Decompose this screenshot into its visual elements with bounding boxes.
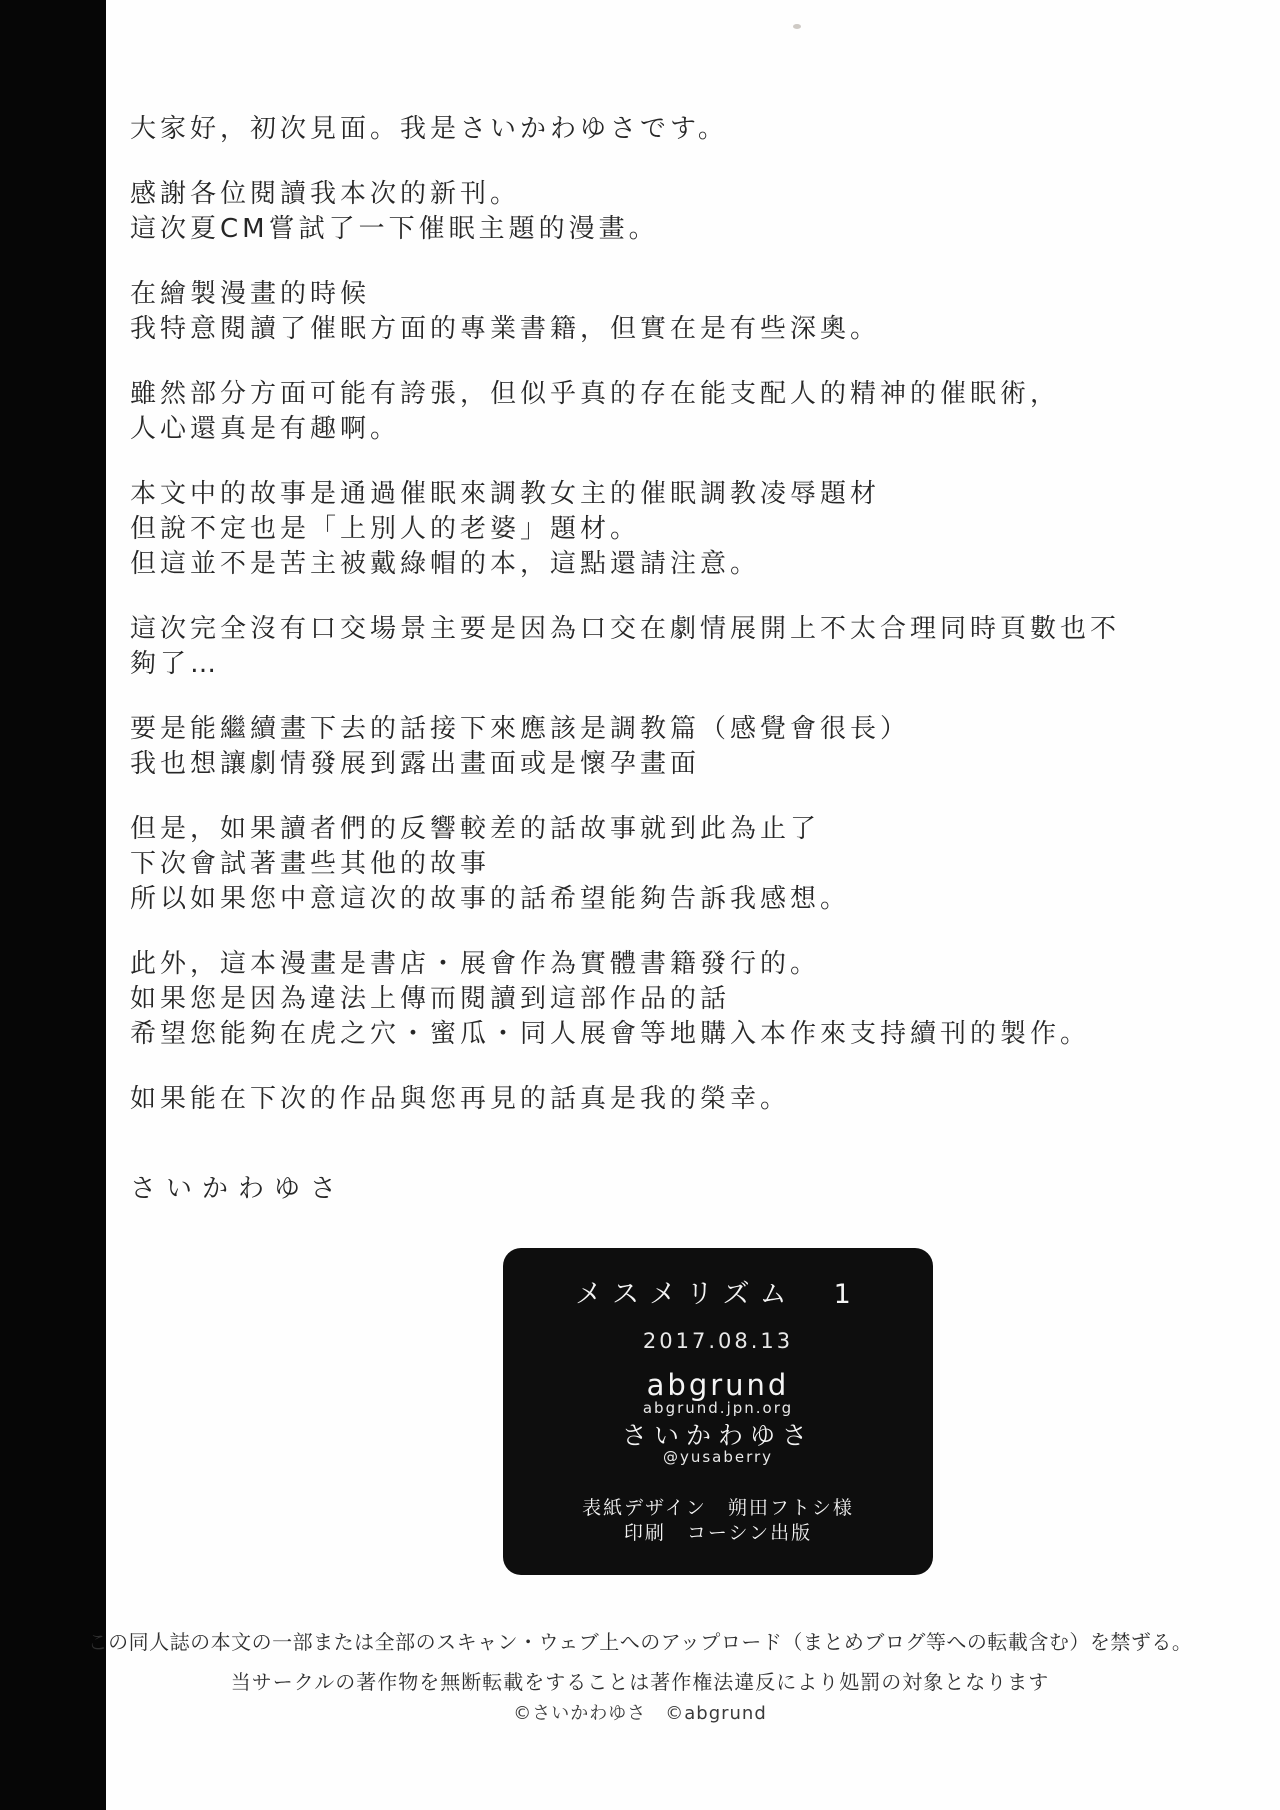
afterword-line: 本文中的故事是通過催眠來調教女主的催眠調教凌辱題材 [130, 477, 1210, 512]
afterword-line: 夠了… [130, 647, 1210, 682]
afterword-text: 大家好，初次見面。我是さいかわゆさです。感謝各位閱讀我本次的新刊。這次夏CM嘗試… [130, 112, 1210, 1207]
book-title: メスメリズム 1 [503, 1280, 933, 1310]
circle-url: abgrund.jpn.org [503, 1400, 933, 1417]
afterword-line: 希望您能夠在虎之穴・蜜瓜・同人展會等地購入本作來支持續刊的製作。 [130, 1017, 1210, 1052]
afterword-line: 這次夏CM嘗試了一下催眠主題的漫畫。 [130, 212, 1210, 247]
afterword-paragraph: 這次完全沒有口交場景主要是因為口交在劇情展開上不太合理同時頁數也不夠了… [130, 612, 1210, 682]
circle-name: abgrund [503, 1370, 933, 1400]
afterword-line: 如果您是因為違法上傳而閱讀到這部作品的話 [130, 982, 1210, 1017]
afterword-paragraphs: 大家好，初次見面。我是さいかわゆさです。感謝各位閱讀我本次的新刊。這次夏CM嘗試… [130, 112, 1210, 1117]
afterword-paragraph: 感謝各位閱讀我本次的新刊。這次夏CM嘗試了一下催眠主題的漫畫。 [130, 177, 1210, 247]
afterword-paragraph: 雖然部分方面可能有誇張，但似乎真的存在能支配人的精神的催眠術，人心還真是有趣啊。 [130, 377, 1210, 447]
afterword-line: 我也想讓劇情發展到露出畫面或是懷孕畫面 [130, 747, 1210, 782]
copyright-line: ©さいかわゆさ ©abgrund [0, 1702, 1280, 1726]
afterword-line: 人心還真是有趣啊。 [130, 412, 1210, 447]
afterword-line: 但說不定也是「上別人的老婆」題材。 [130, 512, 1210, 547]
afterword-paragraph: 但是，如果讀者們的反響較差的話故事就到此為止了下次會試著畫些其他的故事所以如果您… [130, 812, 1210, 917]
afterword-line: 所以如果您中意這次的故事的話希望能夠告訴我感想。 [130, 882, 1210, 917]
colophon-box: メスメリズム 1 2017.08.13 abgrund abgrund.jpn.… [503, 1248, 933, 1575]
afterword-line: 下次會試著畫些其他的故事 [130, 847, 1210, 882]
author-signature: さいかわゆさ [130, 1172, 1210, 1207]
afterword-line: 但這並不是苦主被戴綠帽的本，這點還請注意。 [130, 547, 1210, 582]
afterword-line: 如果能在下次的作品與您再見的話真是我的榮幸。 [130, 1082, 1210, 1117]
legal-footer: この同人誌の本文の一部または全部のスキャン・ウェブ上へのアップロード（まとめブロ… [0, 1628, 1280, 1726]
afterword-line: 要是能繼續畫下去的話接下來應該是調教篇（感覺會很長） [130, 712, 1210, 747]
printing-credit: 印刷 コーシン出版 [503, 1521, 933, 1546]
afterword-line: 此外，這本漫畫是書店・展會作為實體書籍發行的。 [130, 947, 1210, 982]
afterword-paragraph: 如果能在下次的作品與您再見的話真是我的榮幸。 [130, 1082, 1210, 1117]
legal-line-1: この同人誌の本文の一部または全部のスキャン・ウェブ上へのアップロード（まとめブロ… [0, 1628, 1280, 1656]
afterword-paragraph: 大家好，初次見面。我是さいかわゆさです。 [130, 112, 1210, 147]
author-name: さいかわゆさ [503, 1422, 933, 1449]
afterword-line: 感謝各位閱讀我本次的新刊。 [130, 177, 1210, 212]
afterword-line: 這次完全沒有口交場景主要是因為口交在劇情展開上不太合理同時頁數也不 [130, 612, 1210, 647]
scan-edge-band [0, 0, 106, 1810]
afterword-paragraph: 要是能繼續畫下去的話接下來應該是調教篇（感覺會很長）我也想讓劇情發展到露出畫面或… [130, 712, 1210, 782]
afterword-line: 大家好，初次見面。我是さいかわゆさです。 [130, 112, 1210, 147]
legal-line-2: 当サークルの著作物を無断転載をすることは著作権法違反により処罰の対象となります [0, 1668, 1280, 1696]
cover-design-credit: 表紙デザイン 朔田フトシ様 [503, 1496, 933, 1521]
release-date: 2017.08.13 [503, 1330, 933, 1352]
afterword-paragraph: 此外，這本漫畫是書店・展會作為實體書籍發行的。如果您是因為違法上傳而閱讀到這部作… [130, 947, 1210, 1052]
afterword-line: 雖然部分方面可能有誇張，但似乎真的存在能支配人的精神的催眠術， [130, 377, 1210, 412]
scan-artifact-dot [793, 24, 801, 29]
afterword-line: 我特意閱讀了催眠方面的專業書籍，但實在是有些深奧。 [130, 312, 1210, 347]
afterword-line: 在繪製漫畫的時候 [130, 277, 1210, 312]
twitter-handle: @yusaberry [503, 1449, 933, 1466]
afterword-paragraph: 本文中的故事是通過催眠來調教女主的催眠調教凌辱題材但說不定也是「上別人的老婆」題… [130, 477, 1210, 582]
afterword-line: 但是，如果讀者們的反響較差的話故事就到此為止了 [130, 812, 1210, 847]
afterword-paragraph: 在繪製漫畫的時候我特意閱讀了催眠方面的專業書籍，但實在是有些深奧。 [130, 277, 1210, 347]
